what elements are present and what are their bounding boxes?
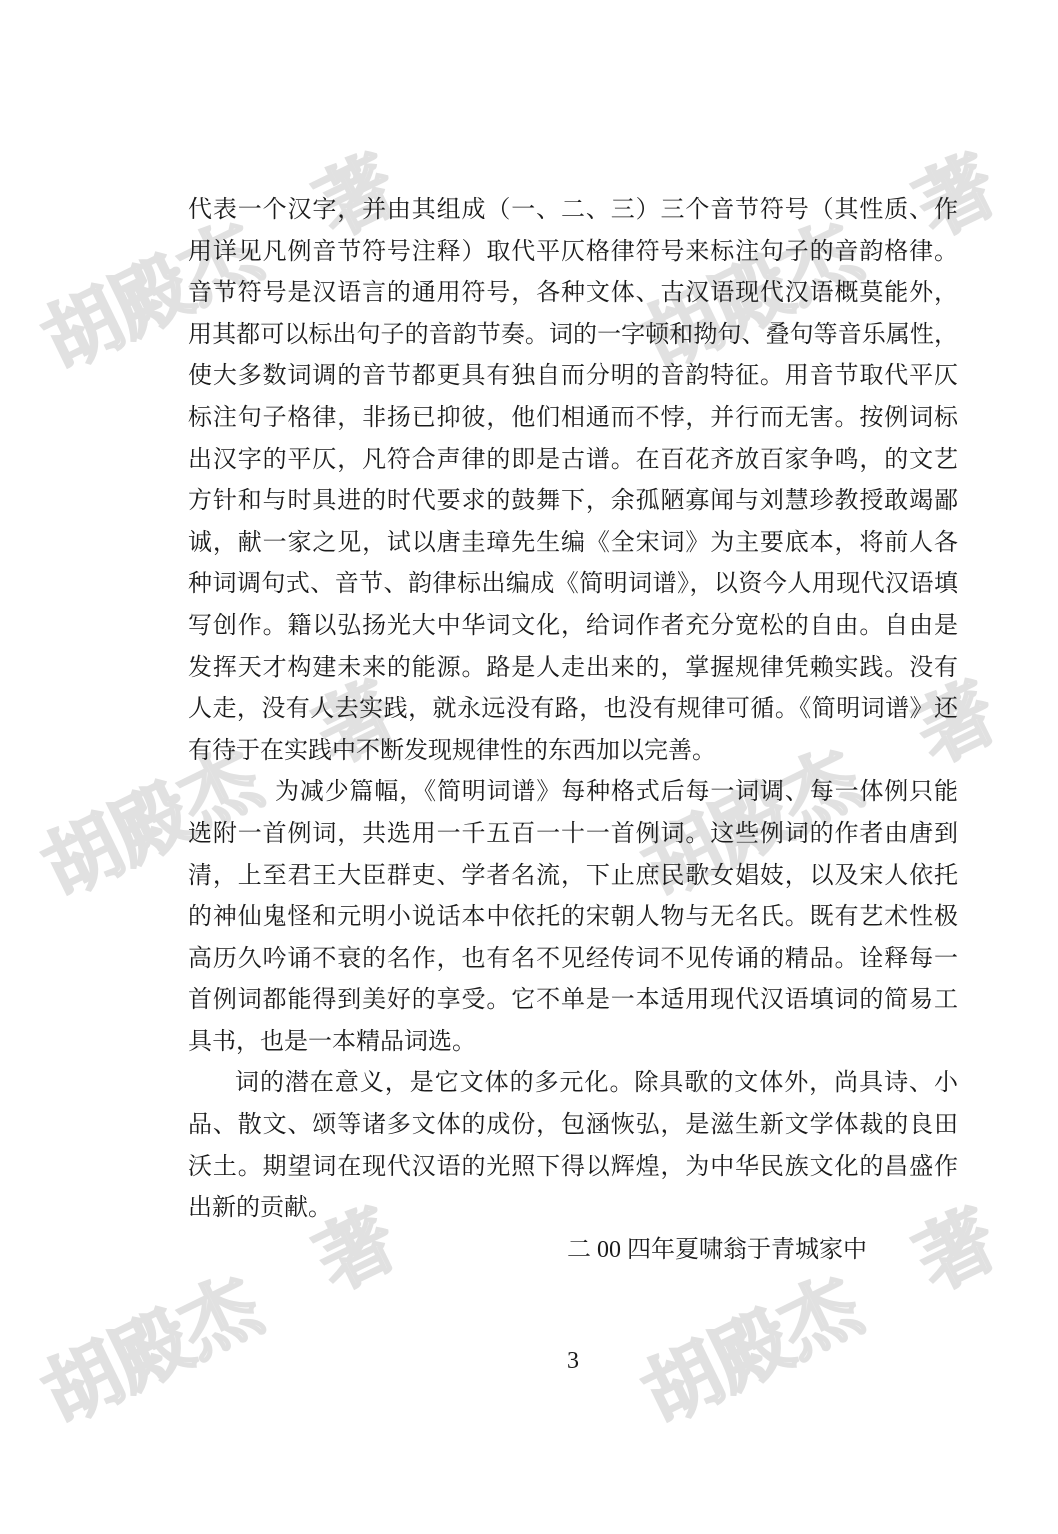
text-line: 出新的贡献。 [188, 1188, 958, 1230]
signature-line: 二 00 四年夏啸翁于青城家中 [188, 1230, 958, 1272]
text-line: 代表一个汉字，并由其组成（一、二、三）三个音节符号（其性质、作 [188, 190, 958, 232]
text-line: 写创作。籍以弘扬光大中华词文化，给词作者充分宽松的自由。自由是 [188, 606, 958, 648]
text-line: 发挥天才构建未来的能源。路是人走出来的，掌握规律凭赖实践。没有 [188, 648, 958, 690]
text-line: 沃土。期望词在现代汉语的光照下得以辉煌，为中华民族文化的昌盛作 [188, 1147, 958, 1189]
text-line: 诚，献一家之见，试以唐圭璋先生编《全宋词》为主要底本，将前人各 [188, 523, 958, 565]
text-line: 用详见凡例音节符号注释）取代平仄格律符号来标注句子的音韵格律。 [188, 232, 958, 274]
text-line: 清，上至君王大臣群吏、学者名流，下止庶民歌女娼妓，以及宋人依托 [188, 856, 958, 898]
body-text: 代表一个汉字，并由其组成（一、二、三）三个音节符号（其性质、作用详见凡例音节符号… [188, 190, 958, 1230]
text-line: 标注句子格律，非扬已抑彼，他们相通而不悖，并行而无害。按例词标 [188, 398, 958, 440]
text-line: 选附一首例词，共选用一千五百一十一首例词。这些例词的作者由唐到 [188, 814, 958, 856]
text-line: 具书，也是一本精品词选。 [188, 1022, 958, 1064]
text-line: 种词调句式、音节、韵律标出编成《简明词谱》，以资今人用现代汉语填 [188, 564, 958, 606]
page-number: 3 [188, 1346, 958, 1376]
text-line: 方针和与时具进的时代要求的鼓舞下，余孤陋寡闻与刘慧珍教授敢竭鄙 [188, 481, 958, 523]
page-content: 代表一个汉字，并由其组成（一、二、三）三个音节符号（其性质、作用详见凡例音节符号… [188, 190, 958, 1271]
text-line: 品、散文、颂等诸多文体的成份，包涵恢弘，是滋生新文学体裁的良田 [188, 1105, 958, 1147]
text-line: 高历久吟诵不衰的名作，也有名不见经传词不见传诵的精品。诠释每一 [188, 939, 958, 981]
text-line: 词的潜在意义，是它文体的多元化。除具歌的文体外，尚具诗、小 [188, 1063, 958, 1105]
text-line: 的神仙鬼怪和元明小说话本中依托的宋朝人物与无名氏。既有艺术性极 [188, 897, 958, 939]
document-page: 胡殿杰 著胡殿杰 著胡殿杰 著胡殿杰 著胡殿杰 著胡殿杰 著 代表一个汉字，并由… [0, 0, 1058, 1534]
text-line: 首例词都能得到美好的享受。它不单是一本适用现代汉语填词的简易工 [188, 980, 958, 1022]
text-line: 为减少篇幅，《简明词谱》每种格式后每一词调、每一体例只能 [188, 772, 958, 814]
text-line: 出汉字的平仄，凡符合声律的即是古谱。在百花齐放百家争鸣，的文艺 [188, 440, 958, 482]
text-line: 用其都可以标出句子的音韵节奏。词的一字顿和拗句、叠句等音乐属性， [188, 315, 958, 357]
text-line: 人走，没有人去实践，就永远没有路，也没有规律可循。《简明词谱》还 [188, 689, 958, 731]
text-line: 有待于在实践中不断发现规律性的东西加以完善。 [188, 731, 958, 773]
text-line: 使大多数词调的音节都更具有独自而分明的音韵特征。用音节取代平仄 [188, 356, 958, 398]
text-line: 音节符号是汉语言的通用符号，各种文体、古汉语现代汉语概莫能外， [188, 273, 958, 315]
